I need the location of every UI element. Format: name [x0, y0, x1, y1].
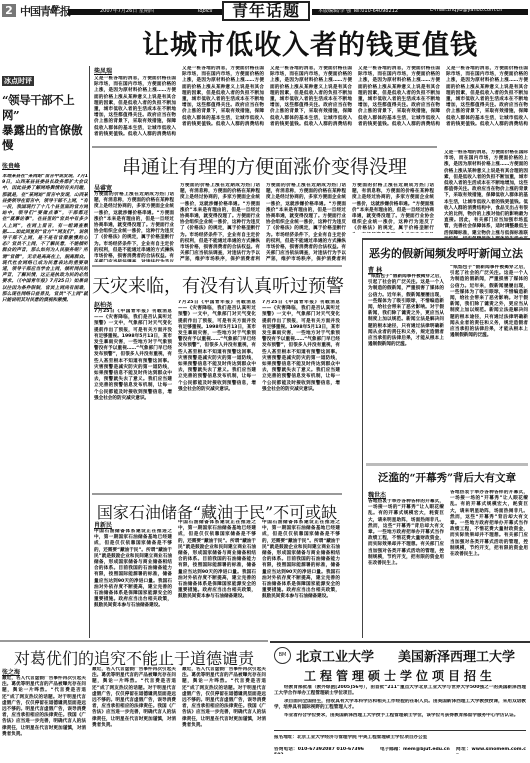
byline: 张之海	[2, 667, 20, 676]
article-title-line1: “领导干部不上网”	[2, 93, 88, 123]
article-body-col4: 又是一桩各地的消息，方便面价格在国际市场，而在国内市场，方便面价格的上涨，是因为…	[358, 66, 440, 126]
article-body-col2: “纸馅包子”假新闻事件被揭穿之后，引起了社会的广泛关注。这是一个人为制造的假新闻…	[450, 265, 528, 455]
byline: 吴睿宽	[94, 183, 112, 192]
program-title: 工程管理硕士学位项目招生	[270, 667, 530, 684]
article-body-col2: 7月25日《中国青年报》刊载消息——《灾害降临，我们是否认真听过预警》一文中，气…	[178, 300, 256, 490]
ad-paragraph-1: 经教育部批准（教外综函[2005]56号），由首批“211”重点大学北京工业大学…	[274, 685, 526, 698]
byline: 肖新民	[94, 520, 112, 529]
slash-decoration: ////	[50, 4, 57, 15]
university-emblem-icon: BM	[274, 647, 291, 664]
masthead: 2 中国青年报 //// 2007年7月26日 星期四 Topics 青年话题 …	[0, 0, 530, 22]
article-body-col1: 方便面的价格上涨在近期成为热门话题，有消息称，方便面的价格在某种程度上是经过协商…	[94, 192, 174, 262]
article-body-col1: 7月25日《中国青年报》刊载消息——《灾害降临，我们是否认真听过预警》一文中，气…	[94, 309, 172, 489]
ad-paragraph-2: 项目面向全国招生，招收具有大学本科学历和相关工作经验的在职人员。由美国新泽西理工…	[274, 699, 526, 712]
byline: 张贵峰	[2, 161, 88, 170]
section-divider	[366, 463, 528, 466]
topics-label: Topics	[197, 8, 212, 14]
page-headline: 让城市低收入者的钱更值钱	[90, 23, 530, 62]
column-divider	[89, 66, 90, 638]
paper-logo: 中国青年报	[20, 3, 70, 19]
ad-divider	[274, 730, 526, 731]
article-title-line2: 暴露出的官僚傲慢	[2, 123, 88, 153]
section-divider	[92, 493, 342, 495]
left-column-article: 冰点时评 “领导干部不上网” 暴露出的官僚傲慢 张贵峰 本地某县在“某网站”留言…	[2, 68, 88, 638]
page-number: 2	[2, 4, 16, 17]
article-body-col3: 7月25日《中国青年报》刊载消息——《灾害降临，我们是否认真听过预警》一文中，气…	[262, 300, 340, 490]
section-divider	[0, 640, 268, 642]
article-title: 恶劣的假新闻频发呼吁新闻立法	[366, 245, 526, 261]
article-body-col1: 各地热衷于举办各种各样的开幕式，一场接一场的“开幕秀”让人眼花缭乱。有的开幕式规…	[368, 499, 444, 635]
byline: 柴凤瑞	[94, 66, 112, 75]
article-body-col3: 方便面的价格上涨在近期成为热门话题，有消息称，方便面的价格在某种程度上是经过协商…	[266, 183, 346, 263]
article-body: 本地某县在“某网站”留言中说发现，7月19日，山西某县县委县长政务都扩大会议中，…	[2, 174, 88, 694]
article-body-col2: 最近，名人代言虚假广告事件再次引起关注。葛优等明星代言的产品被曝光存在问题，舆论…	[92, 667, 176, 763]
byline: 魏世杰	[368, 490, 386, 499]
article-body-col3: 最近，名人代言虚假广告事件再次引起关注。葛优等明星代言的产品被曝光存在问题，舆论…	[182, 667, 266, 763]
article-body-col4: 方便面的价格上涨在近期成为热门话题，有消息称，方便面的价格在某种程度上是经过协商…	[352, 183, 434, 233]
advertisement: BM 北京工业大学 美国新泽西理工大学 工程管理硕士学位项目招生 经教育部批准（…	[270, 641, 530, 763]
email-link[interactable]: E-mail:zhqyb@yahoo.com.cn	[430, 7, 502, 13]
article-title: 泛滥的“开幕秀”背后大有文章	[366, 470, 528, 485]
university-name-1: 北京工业大学	[296, 646, 374, 665]
article-body-col1: 又是一桩各地的消息，方便面价格在国际市场，而在国内市场，方便面价格的上涨，是因为…	[94, 76, 176, 136]
article-body-col5: 又是一桩各地的消息，方便面价格在国际市场，而在国内市场，方便面价格的上涨，是因为…	[446, 66, 528, 126]
ad-email[interactable]: 电子邮箱：mem@bjut.edu.cn	[380, 747, 450, 754]
ad-address: 报名地址：北京工业大学经济与管理学院 中美工程管理硕士学位项目办公室	[274, 735, 526, 742]
section-divider	[92, 146, 437, 148]
section-divider	[92, 265, 342, 267]
column-divider	[362, 238, 363, 638]
kicker-label: 冰点时评	[2, 76, 34, 86]
article-body-col3: 中国石油储备体系建设正在推进之中，第一期国家石油储备基地已经建成，但是仅仅依靠国…	[262, 520, 340, 635]
ad-website[interactable]: 网址：www.sinomem.com.cn	[456, 747, 526, 754]
article-body-col2: 方便面的价格上涨在近期成为热门话题，有消息称，方便面的价格在某种程度上是经过协商…	[180, 183, 260, 263]
article-body-col1: 最近，名人代言虚假广告事件再次引起关注。葛优等明星代言的产品被曝光存在问题，舆论…	[2, 676, 86, 763]
ad-paragraph-3: 毕业者符合学位要求，由美国新泽西理工大学授予工程管理硕士学位，该学位可获得教育部…	[274, 713, 526, 726]
ad-phone: 咨询电话：010-67392087 010-67396502	[274, 747, 364, 754]
article-body-col1: “纸馅包子”假新闻事件被揭穿之后，引起了社会的广泛关注。这是一个人为制造的假新闻…	[368, 274, 444, 454]
date-editor: 2007年7月26日 星期四	[100, 7, 154, 14]
box-top-border	[362, 238, 530, 240]
article-body-col2: 各地热衷于举办各种各样的开幕式，一场接一场的“开幕秀”让人眼花缭乱。有的开幕式规…	[450, 490, 528, 635]
article-title: 串通让有理的方便面涨价变得没理	[92, 152, 437, 179]
top-article: 柴凤瑞 又是一桩各地的消息，方便面价格在国际市场，而在国内市场，方便面价格的上涨…	[94, 66, 530, 146]
article-body-col3: 又是一桩各地的消息，方便面价格在国际市场，而在国内市场，方便面价格的上涨，是因为…	[270, 66, 352, 126]
article-title: 对葛优们的追究不能止于道德谴责	[0, 646, 268, 669]
byline: 赵柏尧	[94, 300, 112, 309]
article-title: 天灾来临，有没有认真听过预警	[92, 272, 342, 298]
article-body-col2: 中国石油储备体系建设正在推进之中，第一期国家石油储备基地已经建成，但是仅仅依靠国…	[178, 520, 256, 635]
article-body-col5: 又是一桩各地的消息，方便面价格在国际市场，而在国内市场，方便面价格的上涨，是因为…	[444, 150, 528, 238]
university-name-2: 美国新泽西理工大学	[398, 646, 515, 665]
article-body-col2: 又是一桩各地的消息，方便面价格在国际市场，而在国内市场，方便面价格的上涨，是因为…	[182, 66, 264, 126]
section-title: 青年话题	[222, 1, 310, 21]
byline: 曹 林	[368, 265, 382, 274]
article-body-col1: 中国石油储备体系建设正在推进之中，第一期国家石油储备基地已经建成，但是仅仅依靠国…	[94, 529, 172, 635]
desk-info: 本版编辑/李 强 Tel:010-64098212	[318, 7, 398, 14]
